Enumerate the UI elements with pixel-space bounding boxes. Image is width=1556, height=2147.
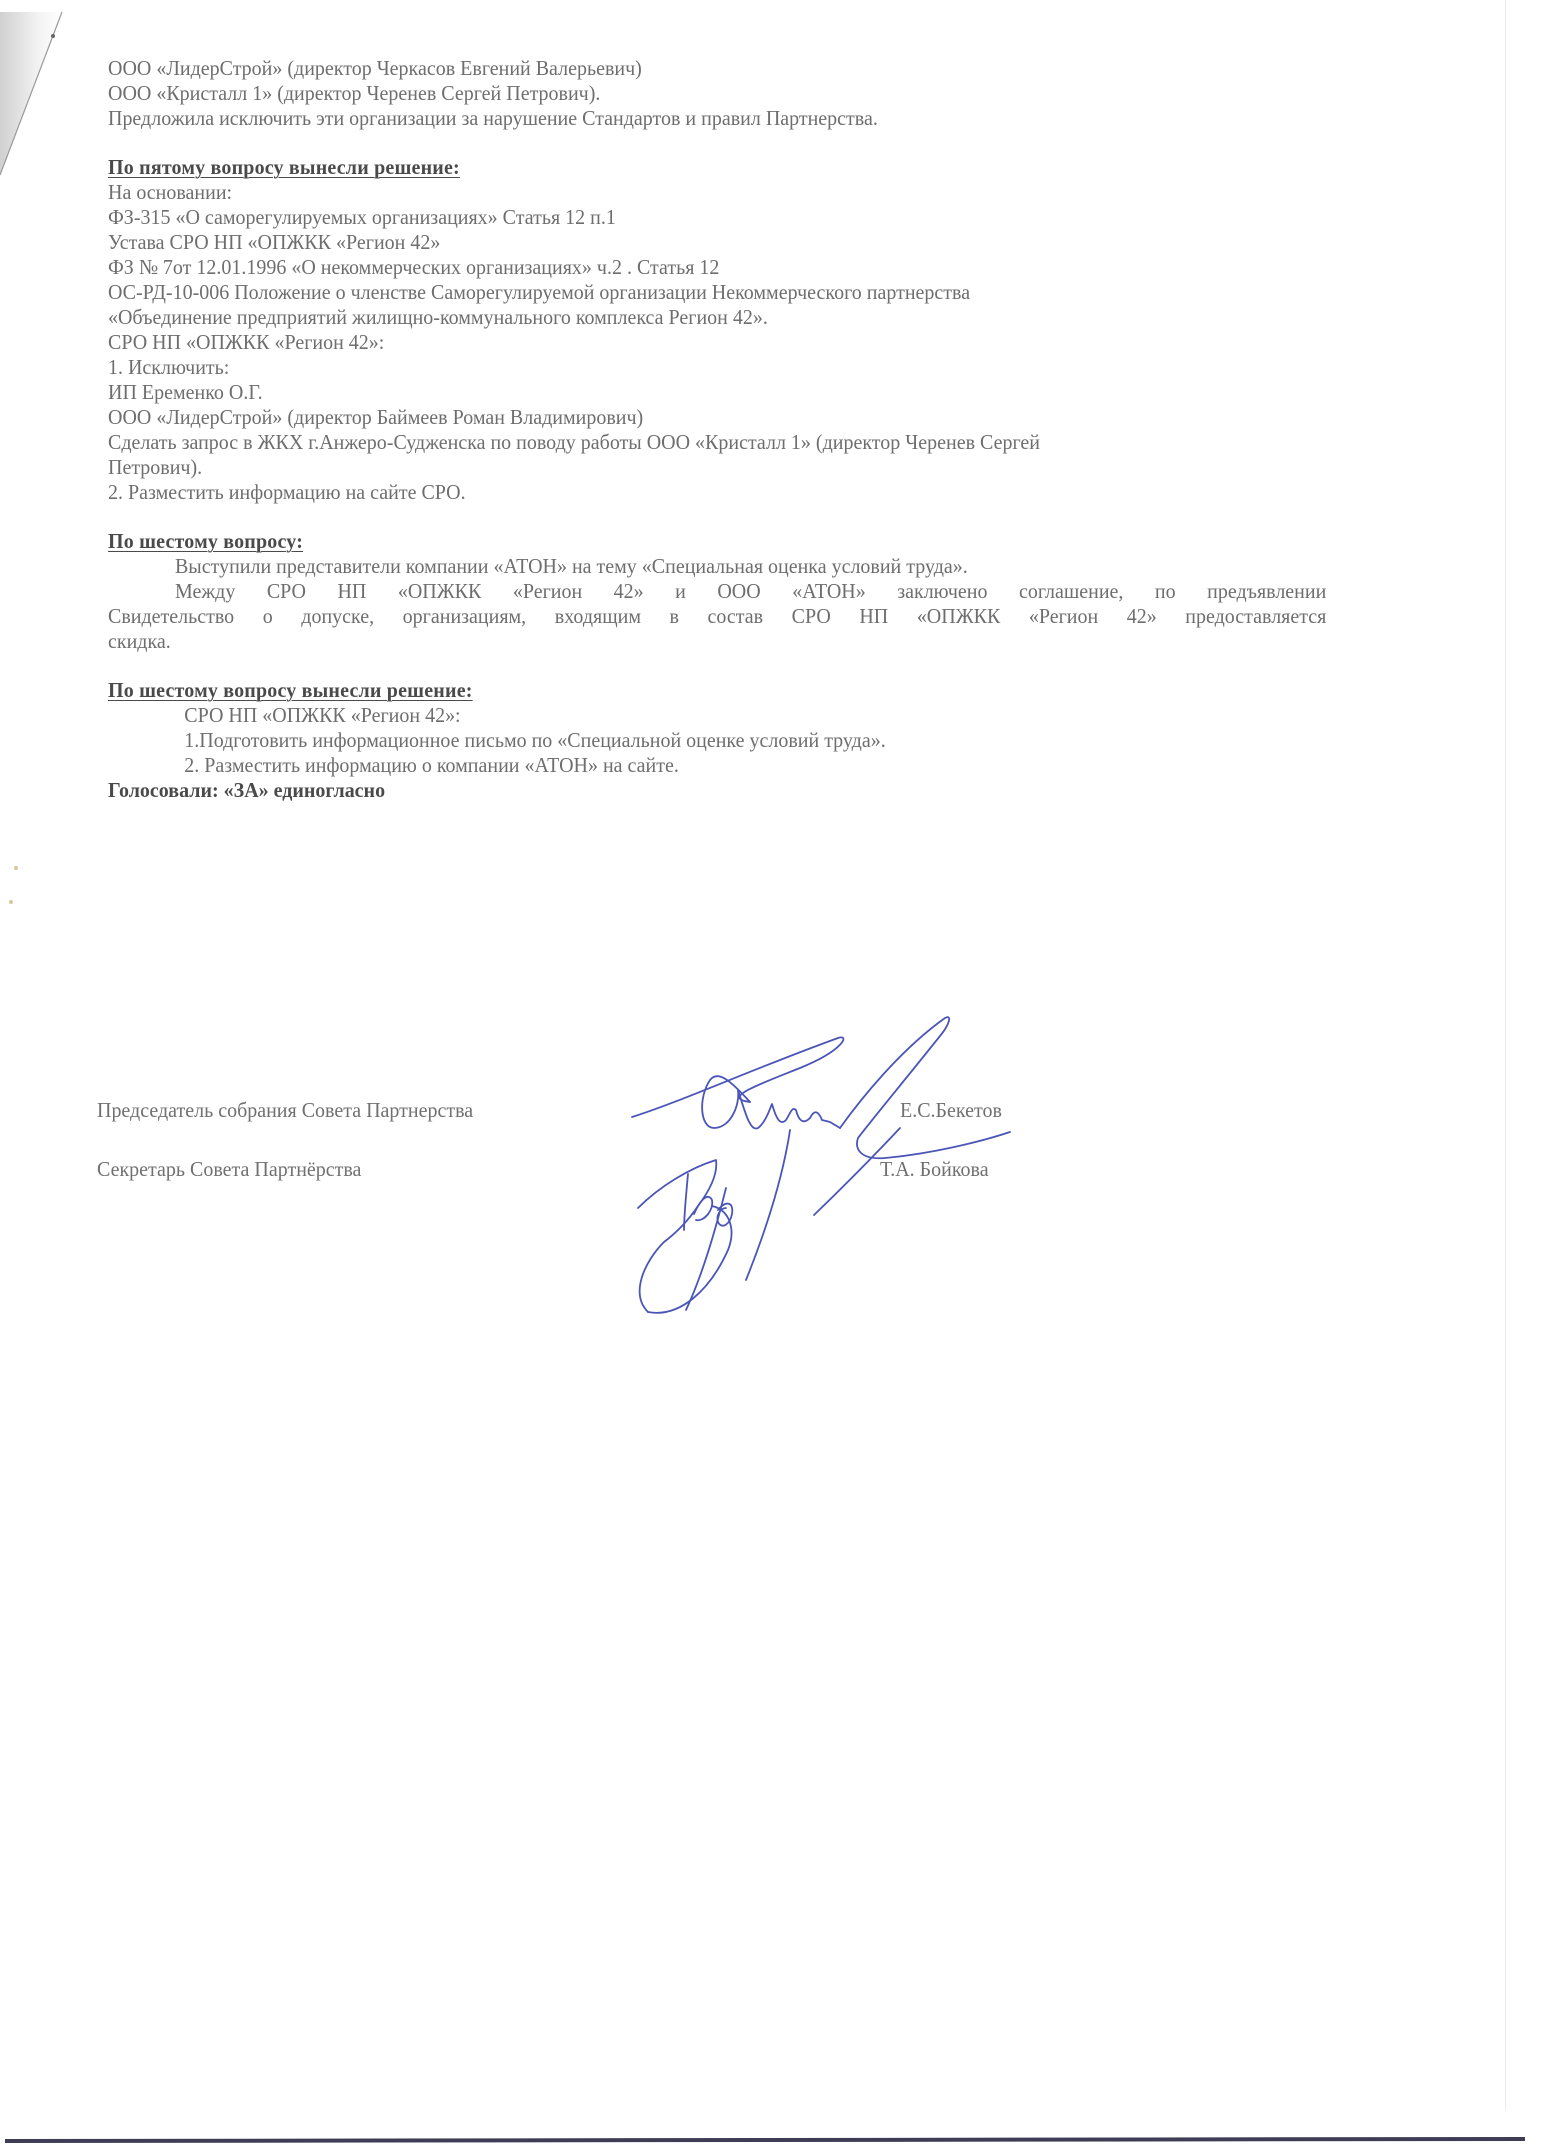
decision-line: ИП Еременко О.Г. [108,380,1326,405]
decision-line: ООО «ЛидерСтрой» (директор Баймеев Роман… [108,405,1326,430]
decision-line: 2. Разместить информацию на сайте СРО. [108,480,1326,505]
scan-edge-line [1505,0,1506,2110]
decision-line: «Объединение предприятий жилищно-коммуна… [108,305,1326,330]
section6-paragraph: Свидетельство о допуске, организациям, в… [108,604,1326,629]
decision-line: 2. Разместить информацию о компании «АТО… [108,753,1326,778]
scan-speck [14,866,18,870]
intro-line: Предложила исключить эти организации за … [108,106,1326,131]
vote-result: Голосовали: «ЗА» единогласно [108,778,385,802]
section6-decision-heading: По шестому вопросу вынесли решение: [108,678,473,702]
decision-line: На основании: [108,180,1326,205]
decision-line: 1.Подготовить информационное письмо по «… [108,728,1326,753]
document-body: ООО «ЛидерСтрой» (директор Черкасов Евге… [108,56,1326,803]
decision-line: Сделать запрос в ЖКХ г.Анжеро-Судженска … [108,430,1326,455]
document-page: ООО «ЛидерСтрой» (директор Черкасов Евге… [0,0,1556,2147]
scan-bottom-edge [5,2137,1525,2143]
scan-speck [9,900,13,904]
handwritten-signatures [600,1010,1050,1320]
decision-line: СРО НП «ОПЖКК «Регион 42»: [108,330,1326,355]
decision-line: ФЗ № 7от 12.01.1996 «О некоммерческих ор… [108,255,1326,280]
folded-corner [0,0,110,180]
section6-paragraph: Между СРО НП «ОПЖКК «Регион 42» и ООО «А… [108,579,1326,604]
decision-line: ОС-РД-10-006 Положение о членстве Саморе… [108,280,1326,305]
section6-paragraph: Выступили представители компании «АТОН» … [108,554,1326,579]
decision-line: Устава СРО НП «ОПЖКК «Регион 42» [108,230,1326,255]
secretary-title: Секретарь Совета Партнёрства [97,1157,361,1182]
decision-line: СРО НП «ОПЖКК «Регион 42»: [108,703,1326,728]
decision-line: Петрович). [108,455,1326,480]
decision-line: ФЗ-315 «О саморегулируемых организациях»… [108,205,1326,230]
section6-paragraph: скидка. [108,629,1326,654]
section6-heading: По шестому вопросу: [108,529,303,553]
intro-line: ООО «Кристалл 1» (директор Черенев Серге… [108,81,1326,106]
decision-line: 1. Исключить: [108,355,1326,380]
chair-title: Председатель собрания Совета Партнерства [97,1098,473,1123]
intro-line: ООО «ЛидерСтрой» (директор Черкасов Евге… [108,56,1326,81]
section5-decision-heading: По пятому вопросу вынесли решение: [108,155,460,179]
